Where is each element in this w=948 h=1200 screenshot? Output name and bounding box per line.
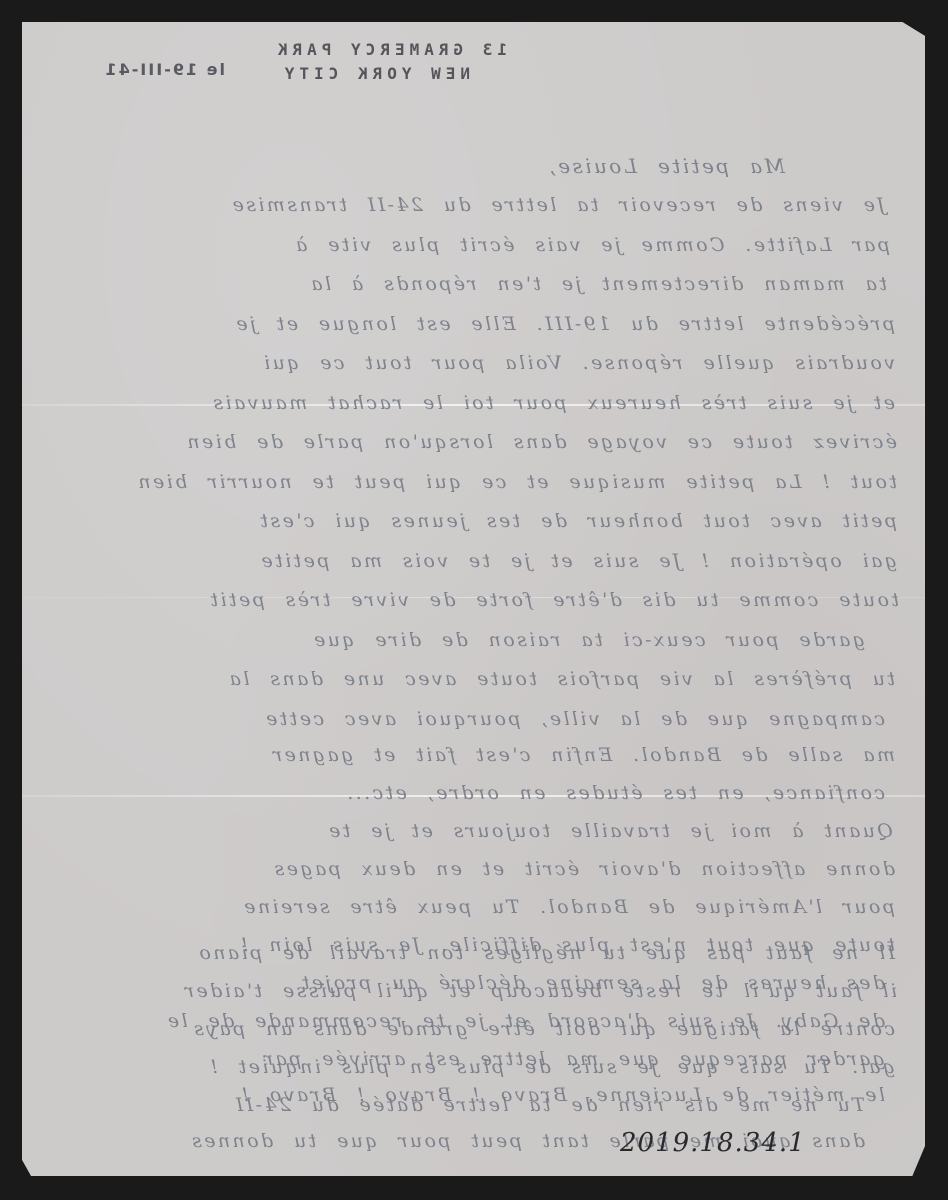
salutation: Ma petite Louise,: [547, 154, 785, 178]
body-line: des heures de la semaine déclaré au proj…: [299, 972, 885, 994]
body-line: précédente lettre du 19-III. Elle est lo…: [234, 313, 895, 335]
body-line: gai opération ! Je suis et je te vois ma…: [259, 550, 897, 572]
body-line: le métier de Lucienne. Bravo ! Bravo ! B…: [239, 1084, 885, 1106]
body-line: tout ! La petite musique et ce qui peut …: [136, 471, 897, 493]
body-line: par Lafitte. Comme je vais écrit plus vi…: [294, 234, 890, 256]
body-line: ta maman directement je t'en réponds à l…: [309, 273, 887, 295]
body-line: confiance, en tes études en ordre, etc..…: [345, 782, 885, 804]
show-through-handwriting: 13 GRAMERCY PARK NEW YORK CITY le 19-III…: [22, 22, 925, 1176]
body-line: ma salle de Bandol. Enfin c'est fait et …: [271, 744, 895, 766]
body-line: Je viens de recevoir ta lettre du 24-II …: [230, 194, 885, 216]
body-line: écrivez toute ce voyage dans lorsqu'on p…: [185, 431, 897, 453]
body-line: pour l'Amérique de Bandol. Tu peux être …: [242, 896, 895, 918]
body-line: tu préfères la vie parfois toute avec un…: [227, 668, 895, 690]
body-line: campagne que de la ville, pourquoi avec …: [264, 708, 885, 730]
body-line: voudrais quelle réponse. Voila pour tout…: [262, 352, 895, 374]
body-line: garder parceque que ma lettre est arrivé…: [262, 1048, 885, 1070]
letterhead-address: 13 GRAMERCY PARK: [273, 40, 507, 59]
body-line: toute que tout n'est plus difficile. Je …: [239, 934, 895, 956]
body-line: de Gaby. Je suis d'accord et je te recom…: [165, 1010, 885, 1032]
letter-page: 13 GRAMERCY PARK NEW YORK CITY le 19-III…: [22, 22, 925, 1176]
body-line: garde pour ceux-ci ta raison de dire que: [312, 629, 865, 651]
letterhead-city: NEW YORK CITY: [280, 64, 470, 83]
body-line: petit avec tout bonheur de tes jeunes qu…: [258, 510, 897, 532]
body-line: et je suis très heureux pour toi le rach…: [211, 392, 895, 414]
accession-number: 2019.18.34.1: [620, 1128, 806, 1158]
letter-date: le 19-III-41: [103, 60, 225, 79]
body-line: Quant à moi je travaille toujours et je …: [327, 820, 893, 842]
body-line: toute comme tu dis d'être forte de vivre…: [208, 589, 899, 611]
body-line: donne affection d'avoir écrit et en deux…: [272, 858, 895, 880]
